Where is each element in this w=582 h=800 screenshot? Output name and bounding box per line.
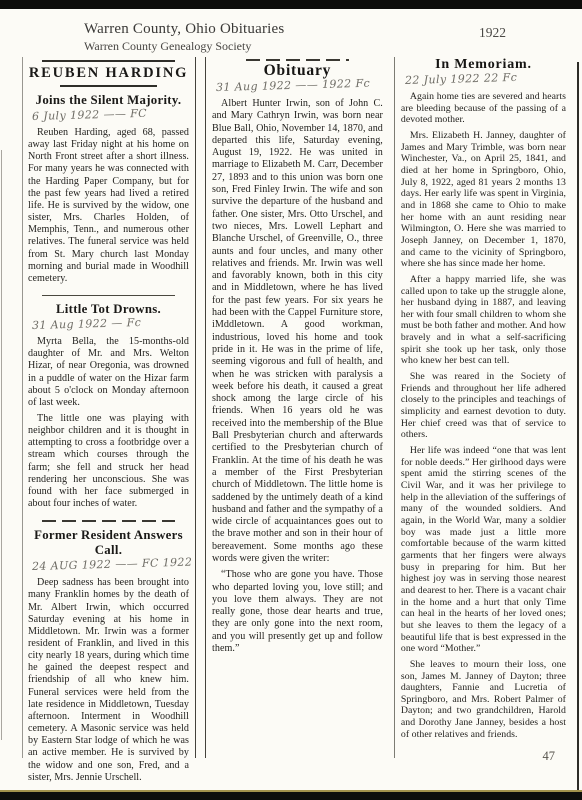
headline-rule (42, 295, 174, 296)
article-paragraph: Again home ties are severed and hearts a… (401, 91, 566, 126)
page-title: Warren County, Ohio Obituaries (84, 21, 284, 38)
article-obituary-irwin: Obituary 31 Aug 1922 —— 1922 Fc Albert H… (212, 59, 383, 655)
article-paragraph: She leaves to mourn their loss, one son,… (401, 659, 566, 741)
page-header: Warren County, Ohio Obituaries Warren Co… (84, 21, 284, 54)
handwritten-date-annotation: 6 July 1922 —— FC (32, 106, 189, 123)
article-paragraph: After a happy married life, she was call… (401, 274, 566, 367)
page-number: 47 (543, 749, 556, 764)
article-paragraph: Her life was indeed “one that was lent f… (401, 445, 566, 655)
column-middle: Obituary 31 Aug 1922 —— 1922 Fc Albert H… (205, 57, 385, 758)
column-right: In Memoriam. 22 July 1922 22 Fc Again ho… (394, 57, 566, 758)
article-paragraph: The little one was playing with neighbor… (28, 413, 189, 510)
article-paragraph: Mrs. Elizabeth H. Janney, daughter of Ja… (401, 130, 566, 270)
article-paragraph: Deep sadness has been brought into many … (28, 577, 189, 784)
article-little-tot-drowns: Little Tot Drowns. 31 Aug 1922 — Fc Myrt… (28, 295, 189, 510)
headline-rule (60, 85, 157, 87)
article-headline: REUBEN HARDING (28, 65, 189, 82)
column-left: REUBEN HARDING Joins the Silent Majority… (22, 57, 196, 758)
page-year: 1922 (479, 25, 506, 41)
article-paragraph: Myrta Bella, the 15-months-old daughter … (28, 336, 189, 409)
article-paragraph: “Those who are gone you have. Those who … (212, 569, 383, 655)
article-paragraph: She was reared in the Society of Friends… (401, 371, 566, 441)
headline-rule (42, 520, 174, 522)
article-former-resident: Former Resident Answers Call. 24 AUG 192… (28, 520, 189, 784)
headline-rule (42, 60, 174, 62)
columns: REUBEN HARDING Joins the Silent Majority… (22, 57, 566, 758)
article-paragraph: Reuben Harding, aged 68, passed away las… (28, 127, 189, 285)
page-subtitle: Warren County Genealogy Society (84, 39, 284, 54)
handwritten-date-annotation: 31 Aug 1922 — Fc (32, 315, 189, 332)
handwritten-date-annotation: 24 AUG 1922 —— FC 1922 (32, 556, 189, 573)
scan-edge-top (0, 0, 582, 9)
scan-edge-left (1, 150, 2, 740)
scan-edge-bottom (0, 790, 582, 800)
scan-edge-right (577, 62, 579, 790)
article-in-memoriam-janney: In Memoriam. 22 July 1922 22 Fc Again ho… (401, 57, 566, 740)
headline-rule (246, 59, 349, 61)
article-headline: Former Resident Answers Call. (28, 528, 189, 558)
article-paragraph: Albert Hunter Irwin, son of John C. and … (212, 98, 383, 565)
scanned-obituary-page: Warren County, Ohio Obituaries Warren Co… (0, 0, 582, 800)
article-reuben-harding: REUBEN HARDING Joins the Silent Majority… (28, 60, 189, 285)
